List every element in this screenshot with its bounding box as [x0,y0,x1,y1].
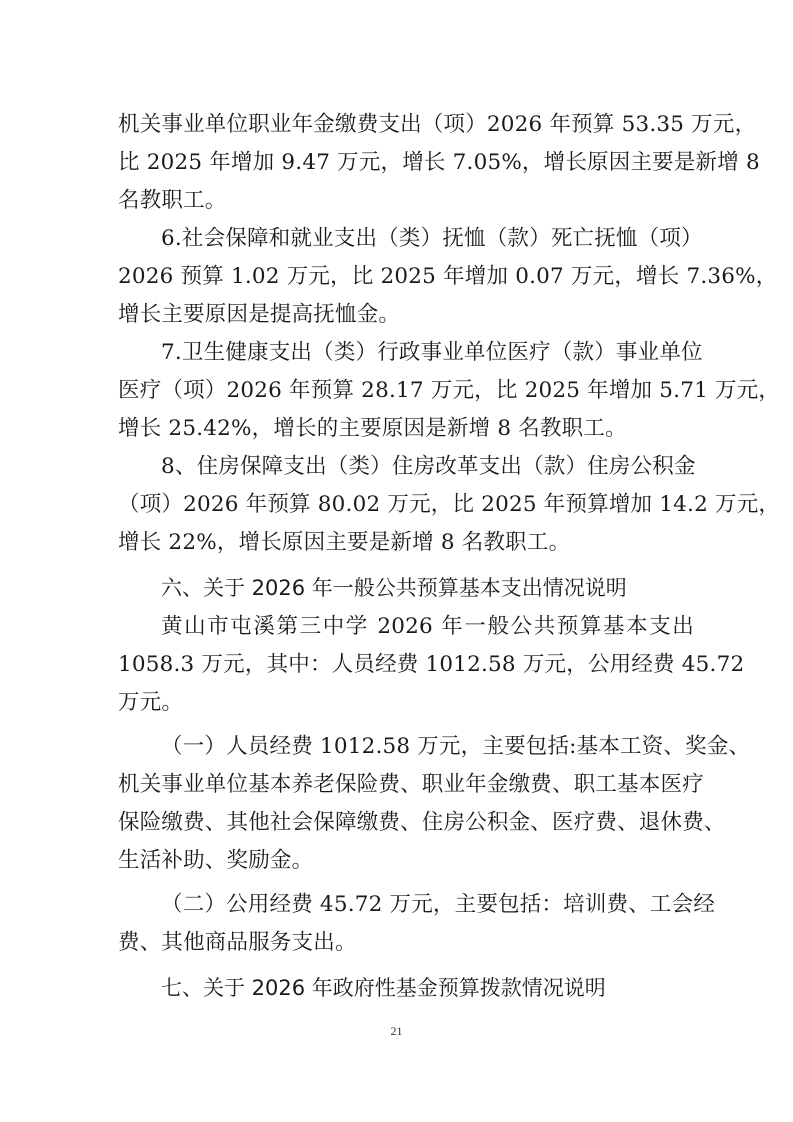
paragraph-health-expenditure: 7.卫生健康支出（类）行政事业单位医疗（款）事业单位 医疗（项）2026 年预算… [118,334,694,448]
text-line: 保险缴费、其他社会保障缴费、住房公积金、医疗费、退休费、 [118,804,694,842]
text-line: 万元。 [118,684,694,722]
text-line: 名教职工。 [118,182,694,220]
paragraph-death-pension: 6.社会保障和就业支出（类）抚恤（款）死亡抚恤（项） 2026 预算 1.02 … [118,220,694,334]
text-line: 7.卫生健康支出（类）行政事业单位医疗（款）事业单位 [118,334,694,372]
text-line: 黄山市屯溪第三中学 2026 年一般公共预算基本支出 [118,608,694,646]
text-line: 机关事业单位职业年金缴费支出（项）2026 年预算 53.35 万元， [118,106,694,144]
paragraph-personnel-expenses: （一）人员经费 1012.58 万元，主要包括:基本工资、奖金、 机关事业单位基… [118,728,694,880]
section-heading-6: 六、关于 2026 年一般公共预算基本支出情况说明 [118,568,694,608]
text-line: （二）公用经费 45.72 万元，主要包括：培训费、工会经 [118,886,694,924]
text-line: （一）人员经费 1012.58 万元，主要包括:基本工资、奖金、 [118,728,694,766]
paragraph-occupational-annuity: 机关事业单位职业年金缴费支出（项）2026 年预算 53.35 万元， 比 20… [118,106,694,220]
text-line: 增长主要原因是提高抚恤金。 [118,296,694,334]
text-line: 机关事业单位基本养老保险费、职业年金缴费、职工基本医疗 [118,766,694,804]
text-line: 医疗（项）2026 年预算 28.17 万元，比 2025 年增加 5.71 万… [118,372,694,410]
text-line: 费、其他商品服务支出。 [118,924,694,962]
text-line: 2026 预算 1.02 万元，比 2025 年增加 0.07 万元，增长 7.… [118,258,694,296]
text-line: （项）2026 年预算 80.02 万元，比 2025 年预算增加 14.2 万… [118,486,694,524]
text-line: 8、住房保障支出（类）住房改革支出（款）住房公积金 [118,448,694,486]
text-line: 6.社会保障和就业支出（类）抚恤（款）死亡抚恤（项） [118,220,694,258]
page-number: 21 [0,1024,793,1039]
paragraph-basic-expenditure-summary: 黄山市屯溪第三中学 2026 年一般公共预算基本支出 1058.3 万元，其中：… [118,608,694,722]
text-line: 1058.3 万元，其中：人员经费 1012.58 万元，公用经费 45.72 [118,646,694,684]
text-line: 生活补助、奖励金。 [118,842,694,880]
text-line: 增长 22%，增长原因主要是新增 8 名教职工。 [118,524,694,562]
paragraph-housing-fund: 8、住房保障支出（类）住房改革支出（款）住房公积金 （项）2026 年预算 80… [118,448,694,562]
section-heading-7: 七、关于 2026 年政府性基金预算拨款情况说明 [118,968,694,1008]
text-line: 增长 25.42%，增长的主要原因是新增 8 名教职工。 [118,410,694,448]
text-line: 比 2025 年增加 9.47 万元，增长 7.05%，增长原因主要是新增 8 [118,144,694,182]
document-page: 机关事业单位职业年金缴费支出（项）2026 年预算 53.35 万元， 比 20… [118,106,694,1008]
paragraph-public-expenses: （二）公用经费 45.72 万元，主要包括：培训费、工会经 费、其他商品服务支出… [118,886,694,962]
